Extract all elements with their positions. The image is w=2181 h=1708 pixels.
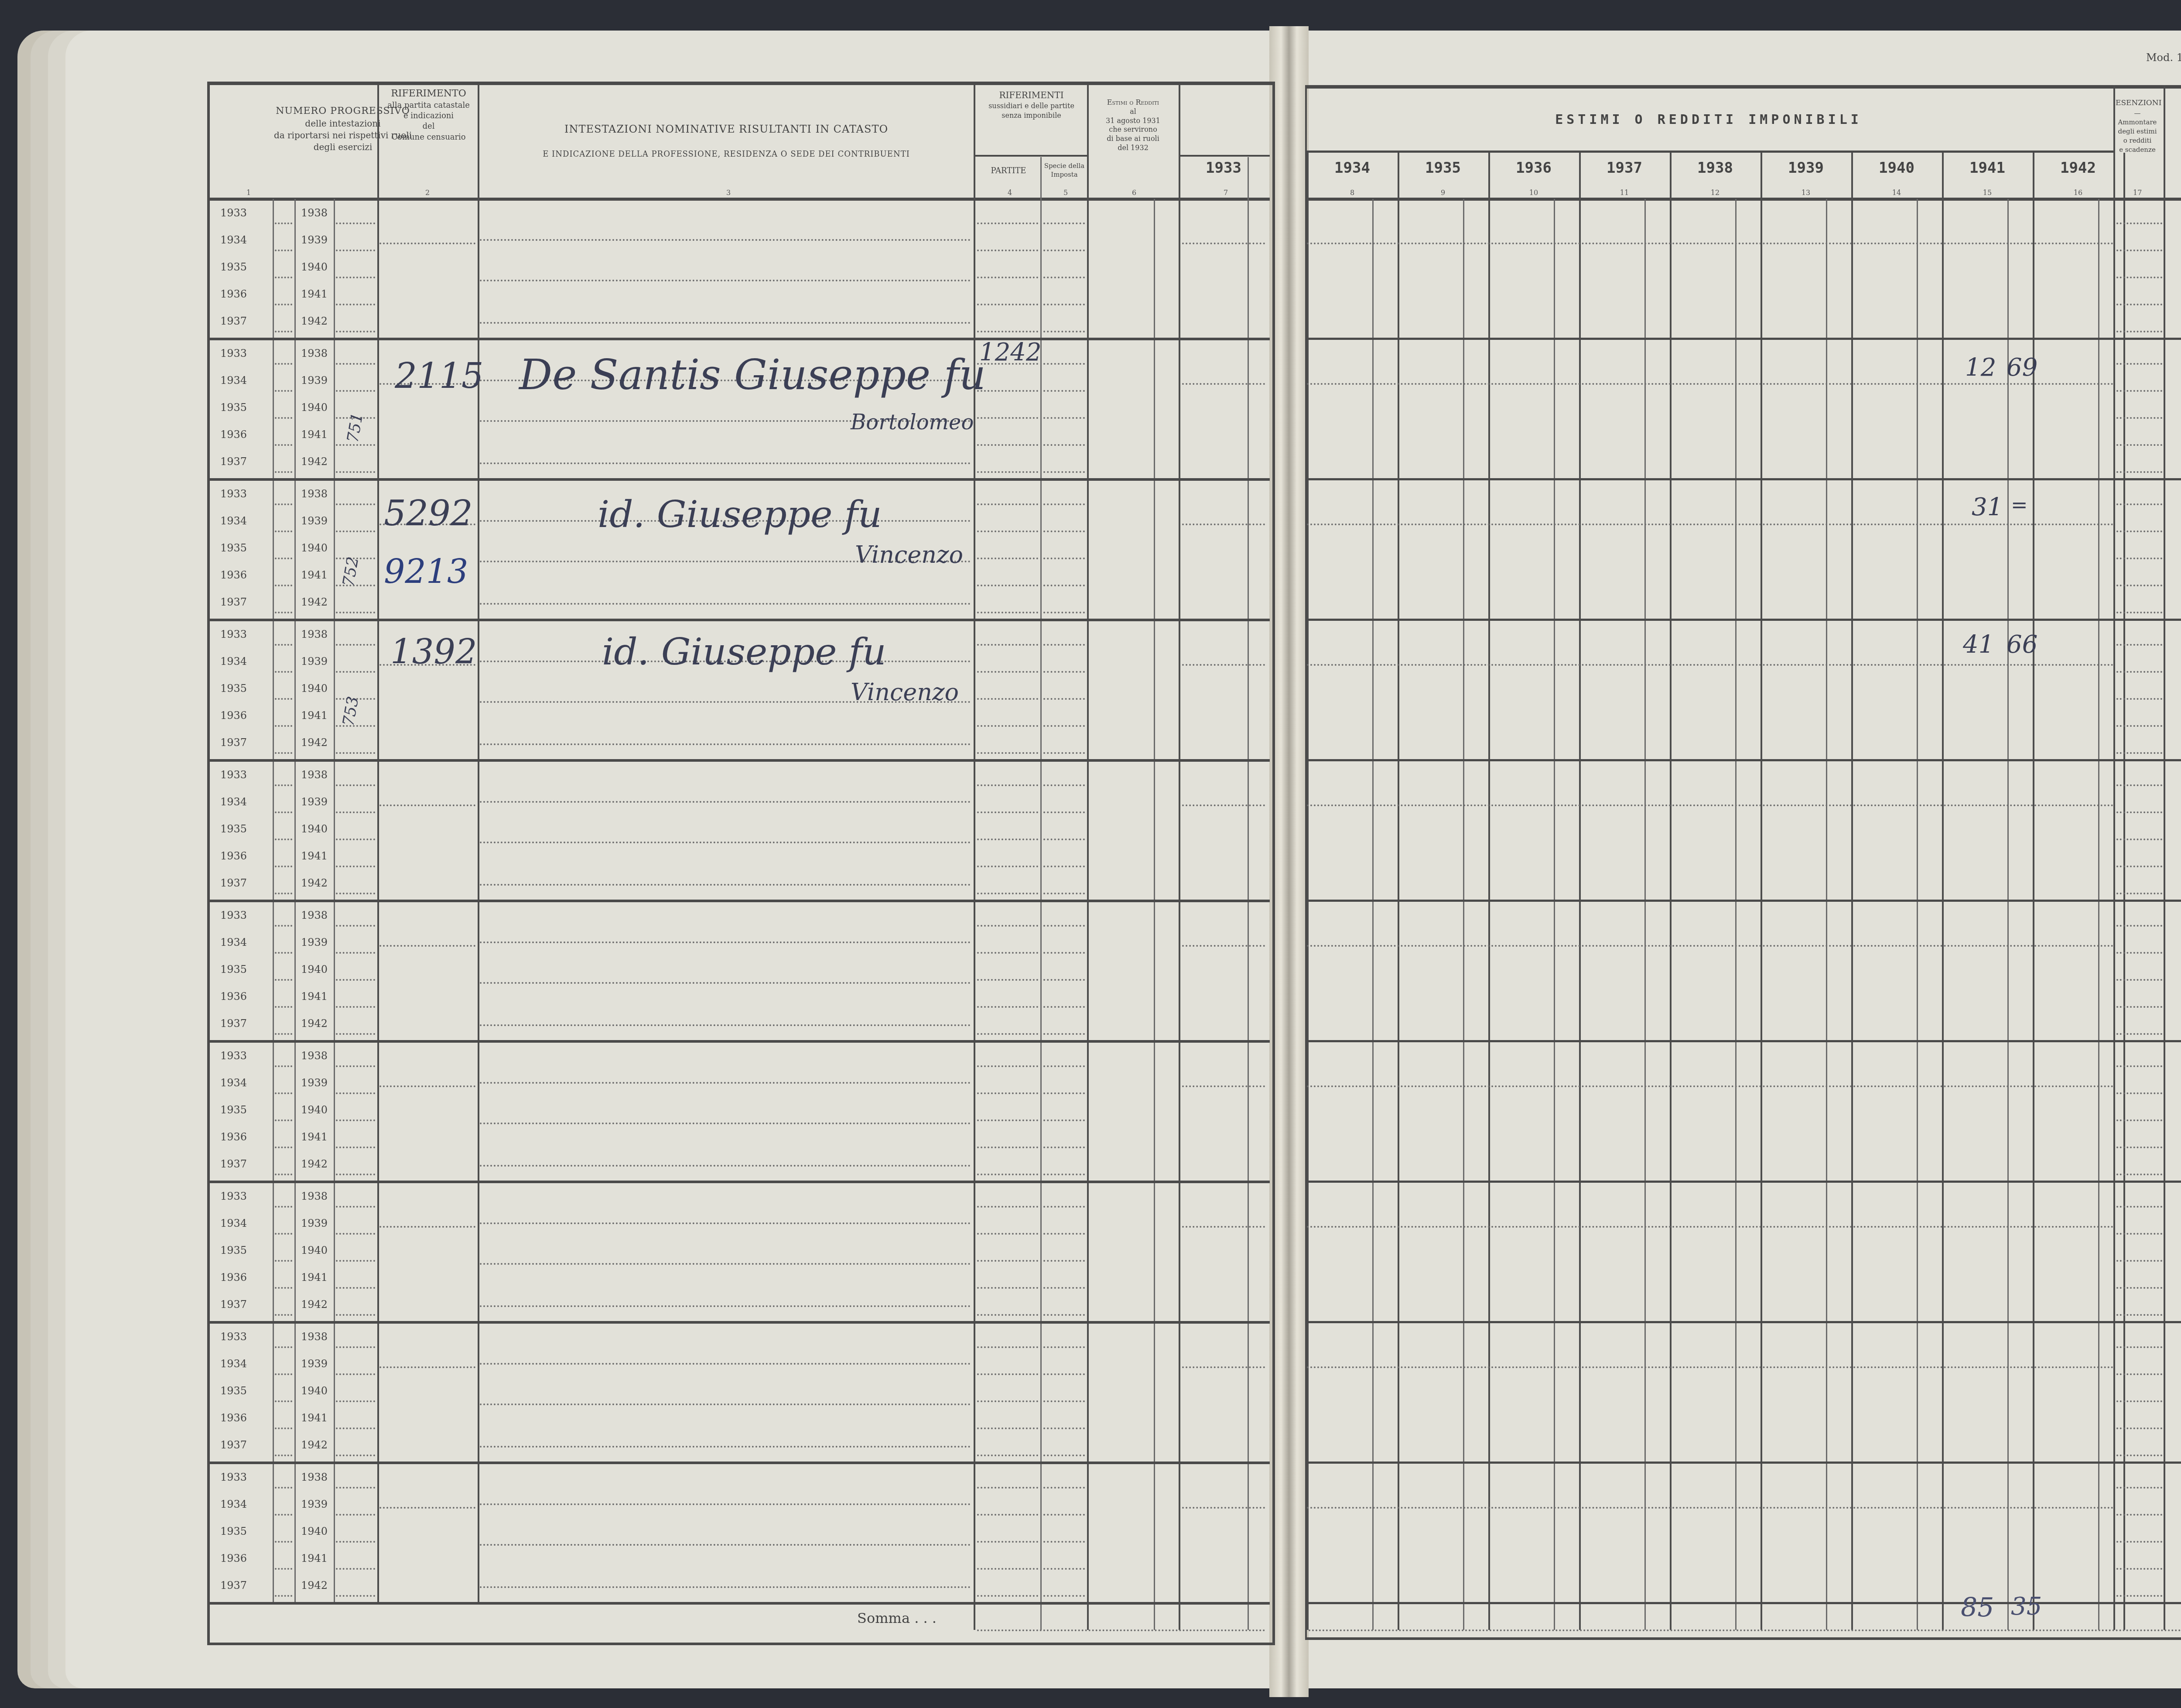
header-line: che servirono: [1088, 125, 1178, 134]
entry-partite-sussidiarie[interactable]: 1242: [979, 338, 1042, 366]
dotted-rule: [275, 1314, 292, 1316]
total-1941-cents[interactable]: 35: [2011, 1592, 2042, 1621]
year-label: 1933: [220, 769, 247, 781]
year-label: 1938: [301, 1190, 328, 1202]
dotted-rule: [336, 784, 375, 786]
header-subrule: [1180, 155, 1270, 157]
year-header-1940: 1940: [1851, 159, 1942, 177]
dotted-rule: [275, 952, 292, 954]
year-label: 1941: [301, 1552, 328, 1564]
dotted-rule: [379, 945, 475, 947]
column-number: 11: [1579, 188, 1670, 197]
year-label: 1935: [220, 261, 247, 273]
dotted-rule: [336, 250, 375, 251]
dotted-rule: [977, 866, 1038, 867]
column-number: 4: [1005, 188, 1014, 197]
dotted-rule: [480, 603, 971, 605]
dotted-rule: [2116, 1427, 2162, 1429]
cents-divider: [1248, 157, 1249, 1630]
dotted-rule: [977, 1065, 1038, 1067]
year-column-divider: [1942, 153, 1944, 1630]
dotted-rule: [480, 1082, 971, 1084]
dotted-rule: [2116, 698, 2162, 700]
dotted-rule: [977, 1033, 1038, 1035]
dotted-rule: [1043, 752, 1085, 754]
year-column-divider: [1670, 153, 1672, 1630]
entry-name[interactable]: id. Giuseppe fu: [598, 493, 882, 536]
block-rule: [1307, 1321, 2181, 1323]
dotted-rule: [275, 784, 292, 786]
dotted-rule: [1043, 866, 1085, 867]
dotted-rule: [977, 1287, 1038, 1289]
entry-name-line2[interactable]: Vincenzo: [855, 541, 963, 568]
column-number: 14: [1851, 188, 1942, 197]
dotted-rule: [1043, 1427, 1085, 1429]
dotted-rule: [2116, 925, 2162, 927]
dotted-rule: [1182, 1226, 1265, 1228]
dotted-rule: [2116, 585, 2162, 586]
dotted-rule: [1043, 1287, 1085, 1289]
cents-divider: [1372, 199, 1374, 1630]
dotted-rule: [1182, 383, 1265, 385]
dotted-rule: [275, 752, 292, 754]
dotted-rule: [1307, 243, 2114, 244]
year-label: 1939: [301, 234, 328, 246]
block-rule: [210, 1602, 1270, 1605]
year-label: 1941: [301, 850, 328, 862]
dotted-rule: [977, 331, 1038, 332]
dotted-rule: [977, 1595, 1038, 1597]
dotted-rule: [1043, 417, 1085, 419]
year-label: 1940: [301, 823, 328, 835]
dotted-rule: [977, 1006, 1038, 1008]
dotted-rule: [480, 1363, 971, 1365]
dotted-rule: [275, 531, 292, 532]
dotted-rule: [1043, 893, 1085, 894]
year-label: 1938: [301, 347, 328, 359]
year-label: 1939: [301, 796, 328, 808]
year-header-1941: 1941: [1942, 159, 2033, 177]
entry-name-line2[interactable]: Vincenzo: [851, 678, 959, 706]
header-line: e indicazioni: [379, 111, 478, 121]
year-label: 1939: [301, 655, 328, 667]
block-rule: [210, 619, 1270, 621]
year-label: 1939: [301, 1498, 328, 1510]
dotted-rule: [2116, 417, 2162, 419]
dotted-rule: [1043, 1092, 1085, 1094]
block-rule: [1307, 338, 2181, 340]
dotted-rule: [336, 839, 375, 840]
header-line: 31 agosto 1931: [1088, 116, 1178, 126]
dotted-rule: [1043, 531, 1085, 532]
dotted-rule: [977, 277, 1038, 278]
header-line: Ammontare: [2116, 118, 2159, 127]
dotted-rule: [336, 1487, 375, 1489]
dotted-rule: [1043, 390, 1085, 392]
year-label: 1940: [301, 542, 328, 554]
dotted-rule: [1043, 585, 1085, 586]
dotted-rule: [977, 979, 1038, 981]
dotted-rule: [1043, 1119, 1085, 1121]
dotted-rule: [275, 866, 292, 867]
year-label: 1942: [301, 1158, 328, 1170]
dotted-rule: [977, 952, 1038, 954]
year-label: 1942: [301, 736, 328, 749]
dotted-rule: [275, 893, 292, 894]
dotted-rule: [275, 979, 292, 981]
entry-partita[interactable]: 1392: [390, 633, 477, 672]
entry-value-1941[interactable]: 41: [1963, 630, 1994, 659]
year-label: 1941: [301, 288, 328, 300]
dotted-rule: [2116, 1541, 2162, 1543]
year-label: 1933: [220, 488, 247, 500]
dotted-rule: [1043, 1595, 1085, 1597]
dotted-rule: [275, 1147, 292, 1148]
column-divider: [974, 85, 975, 1630]
dotted-rule: [1043, 811, 1085, 813]
dotted-rule: [1182, 1366, 1265, 1368]
dotted-rule: [275, 1455, 292, 1456]
dotted-rule: [977, 503, 1038, 505]
header-subtitle: E INDICAZIONE DELLA PROFESSIONE, RESIDEN…: [480, 149, 973, 160]
block-rule: [210, 1462, 1270, 1464]
dotted-rule: [977, 671, 1038, 673]
entry-name[interactable]: id. Giuseppe fu: [602, 630, 886, 674]
year-label: 1933: [220, 1331, 247, 1343]
dotted-rule: [336, 531, 375, 532]
entry-name[interactable]: De Santis Giuseppe fu: [519, 351, 986, 399]
dotted-rule: [275, 585, 292, 586]
year-label: 1938: [301, 769, 328, 781]
header-line: del 1932: [1088, 144, 1178, 153]
entry-value-1941-cents[interactable]: 66: [2007, 630, 2037, 659]
dotted-rule: [480, 982, 971, 984]
year-label: 1937: [220, 1579, 247, 1592]
dotted-rule: [977, 1487, 1038, 1489]
dotted-rule: [2116, 811, 2162, 813]
year-label: 1934: [220, 655, 247, 667]
dotted-rule: [336, 1400, 375, 1402]
cents-divider: [2007, 199, 2009, 1630]
dotted-rule: [1043, 1514, 1085, 1516]
dotted-rule: [336, 444, 375, 446]
dotted-rule: [977, 1455, 1038, 1456]
dotted-rule: [275, 698, 292, 700]
dotted-rule: [2116, 471, 2162, 473]
year-label: 1933: [220, 347, 247, 359]
dotted-rule: [1043, 1346, 1085, 1348]
dotted-rule: [275, 1065, 292, 1067]
year-label: 1933: [220, 1190, 247, 1202]
year-label: 1937: [220, 736, 247, 749]
dotted-rule: [275, 1595, 292, 1597]
left-register-table: [207, 82, 1275, 1645]
year-label: 1936: [220, 1412, 247, 1424]
year-label: 1936: [220, 1552, 247, 1564]
year-header-1936: 1936: [1488, 159, 1579, 177]
column-number: 6: [1130, 188, 1138, 197]
year-label: 1933: [220, 207, 247, 219]
year-label: 1938: [301, 488, 328, 500]
dotted-rule: [1043, 1147, 1085, 1148]
cents-divider: [1917, 199, 1918, 1630]
dotted-rule: [1043, 277, 1085, 278]
dotted-rule: [275, 222, 292, 224]
year-label: 1939: [301, 1358, 328, 1370]
dotted-rule: [275, 250, 292, 251]
dotted-rule: [275, 1092, 292, 1094]
entry-value-1941-cents[interactable]: =: [2011, 493, 2028, 517]
dotted-rule: [1043, 363, 1085, 365]
dotted-rule: [2116, 671, 2162, 673]
dotted-rule: [336, 503, 375, 505]
dotted-rule: [977, 1314, 1038, 1316]
dotted-rule: [275, 277, 292, 278]
dotted-rule: [977, 612, 1038, 613]
dotted-rule: [275, 1541, 292, 1543]
entry-partita[interactable]: 2115: [395, 356, 484, 396]
block-rule: [1307, 1462, 2181, 1464]
year-column-divider: [1851, 153, 1853, 1630]
year-label: 1934: [220, 1077, 247, 1089]
column-divider: [478, 85, 479, 1604]
dotted-rule: [336, 1006, 375, 1008]
year-label: 1934: [220, 936, 247, 948]
dotted-rule: [336, 1174, 375, 1175]
dotted-rule: [977, 893, 1038, 894]
header-riferimento: RIFERIMENTO alla partita catastale e ind…: [379, 87, 478, 196]
year-label: 1939: [301, 515, 328, 527]
year-label: 1938: [301, 628, 328, 640]
dotted-rule: [1043, 784, 1085, 786]
dotted-rule: [336, 390, 375, 392]
dotted-rule: [1043, 644, 1085, 646]
cents-divider: [2098, 199, 2099, 1630]
dotted-rule: [275, 1373, 292, 1375]
dotted-rule: [1307, 664, 2114, 666]
year-label: 1933: [220, 1471, 247, 1483]
dotted-rule: [2116, 363, 2162, 365]
dotted-rule: [275, 558, 292, 559]
header-line: del: [379, 121, 478, 132]
dotted-rule: [2116, 1092, 2162, 1094]
year-label: 1935: [220, 1104, 247, 1116]
header-bottom-rule: [210, 198, 1270, 201]
dotted-rule: [977, 784, 1038, 786]
cents-divider: [1644, 199, 1646, 1630]
dotted-rule: [977, 1346, 1038, 1348]
dotted-rule: [379, 804, 475, 806]
dotted-rule: [2116, 558, 2162, 559]
header-line: degli estimi: [2116, 127, 2159, 136]
dotted-rule: [1307, 383, 2114, 385]
dotted-rule: [480, 1446, 971, 1448]
header-estimi-1931: Estimi o Redditi al 31 agosto 1931 che s…: [1088, 98, 1178, 153]
entry-value-1941[interactable]: 31: [1972, 493, 2003, 521]
year-column-divider: [1398, 153, 1399, 1630]
dotted-rule: [379, 243, 475, 244]
block-rule: [1307, 900, 2181, 902]
year-header-1942: 1942: [2033, 159, 2123, 177]
entry-partita-correction[interactable]: 9213: [384, 552, 468, 591]
total-1941[interactable]: 85: [1961, 1592, 1994, 1623]
entry-partita[interactable]: 5292: [384, 493, 473, 534]
column-number: 7: [1221, 188, 1230, 197]
year-label: 1937: [220, 877, 247, 889]
dotted-rule: [977, 1400, 1038, 1402]
dotted-rule: [336, 1595, 375, 1597]
dotted-rule: [1043, 1174, 1085, 1175]
dotted-rule: [977, 558, 1038, 559]
dotted-rule: [336, 1568, 375, 1570]
block-rule: [210, 900, 1270, 902]
block-rule: [1307, 1181, 2181, 1183]
dotted-rule: [336, 1541, 375, 1543]
dotted-rule: [336, 1373, 375, 1375]
dotted-rule: [336, 1033, 375, 1035]
column-number: 3: [724, 188, 733, 197]
dotted-rule: [1043, 979, 1085, 981]
dotted-rule: [336, 811, 375, 813]
year-label: 1934: [220, 234, 247, 246]
dotted-rule: [1182, 524, 1265, 525]
dotted-rule: [2116, 866, 2162, 867]
dotted-rule: [1043, 725, 1085, 727]
entry-value-1941[interactable]: 12: [1965, 353, 1996, 382]
dotted-rule: [336, 304, 375, 305]
year-label: 1942: [301, 596, 328, 608]
year-label: 1935: [220, 1244, 247, 1256]
dotted-rule: [2116, 612, 2162, 613]
dotted-rule: [1043, 444, 1085, 446]
dotted-rule: [275, 444, 292, 446]
header-estimi-imponibili: ESTIMI O REDDITI IMPONIBILI: [1305, 111, 2112, 129]
year-label: 1942: [301, 1439, 328, 1451]
year-label: 1936: [220, 1131, 247, 1143]
header-subrule: [975, 155, 1087, 157]
entry-name-line2[interactable]: Bortolomeo: [851, 410, 974, 435]
dotted-rule: [275, 925, 292, 927]
column-number: 17: [2133, 188, 2142, 197]
year-label: 1934: [220, 1217, 247, 1229]
dotted-rule: [2116, 531, 2162, 532]
dotted-rule: [480, 1503, 971, 1505]
dotted-rule: [480, 1403, 971, 1405]
year-label: 1936: [220, 850, 247, 862]
block-rule: [210, 478, 1270, 481]
year-label: 1936: [220, 428, 247, 441]
dotted-rule: [1043, 222, 1085, 224]
dotted-rule: [336, 1346, 375, 1348]
dotted-rule: [2116, 784, 2162, 786]
year-label: 1935: [220, 1525, 247, 1537]
header-line: alla partita catastale: [379, 100, 478, 111]
dotted-rule: [2116, 503, 2162, 505]
dotted-rule: [2116, 644, 2162, 646]
year-label: 1934: [220, 1498, 247, 1510]
dotted-rule: [336, 1092, 375, 1094]
dotted-rule: [2116, 752, 2162, 754]
year-label: 1942: [301, 315, 328, 327]
dotted-rule: [1043, 304, 1085, 305]
dotted-rule: [275, 1346, 292, 1348]
year-label: 1940: [301, 401, 328, 414]
dotted-rule: [1307, 524, 2114, 525]
dotted-rule: [275, 1206, 292, 1208]
year-label: 1941: [301, 709, 328, 722]
block-rule: [210, 1321, 1270, 1324]
year-label: 1941: [301, 569, 328, 581]
dotted-rule: [480, 801, 971, 803]
dotted-rule: [275, 1427, 292, 1429]
block-rule: [210, 338, 1270, 340]
year-label: 1935: [220, 542, 247, 554]
year-label: 1933: [220, 628, 247, 640]
column-divider: [2164, 85, 2165, 1630]
dotted-rule: [336, 612, 375, 613]
year-label: 1935: [220, 963, 247, 976]
year-label: 1941: [301, 1271, 328, 1284]
dotted-rule: [336, 1287, 375, 1289]
somma-label: Somma . . .: [857, 1610, 937, 1626]
dotted-rule: [2116, 893, 2162, 894]
year-label: 1936: [220, 1271, 247, 1284]
column-divider: [1040, 157, 1042, 1630]
dotted-rule: [480, 1586, 971, 1588]
dotted-rule: [977, 1260, 1038, 1262]
dotted-rule: [275, 363, 292, 365]
right-register-table: [1305, 85, 2181, 1640]
dotted-rule: [275, 1260, 292, 1262]
dotted-rule: [275, 1006, 292, 1008]
year-label: 1933: [220, 1050, 247, 1062]
dotted-rule: [2116, 1260, 2162, 1262]
entry-value-1941-cents[interactable]: 69: [2007, 353, 2037, 382]
column-number: 1: [244, 188, 253, 197]
dotted-rule: [1309, 1629, 2181, 1631]
dotted-rule: [336, 952, 375, 954]
dotted-rule: [977, 811, 1038, 813]
dotted-rule: [480, 884, 971, 886]
year-header-1938: 1938: [1670, 159, 1761, 177]
dotted-rule: [275, 612, 292, 613]
dotted-rule: [977, 1233, 1038, 1235]
dotted-rule: [1043, 1568, 1085, 1570]
dotted-rule: [275, 644, 292, 646]
dotted-rule: [2116, 444, 2162, 446]
year-label: 1941: [301, 990, 328, 1003]
dotted-rule: [336, 866, 375, 867]
dotted-rule: [275, 1287, 292, 1289]
header-title: INTESTAZIONI NOMINATIVE RISULTANTI IN CA…: [480, 122, 973, 136]
dotted-rule: [977, 1119, 1038, 1121]
dotted-rule: [275, 671, 292, 673]
header-line: al: [1088, 107, 1178, 116]
dotted-rule: [336, 1427, 375, 1429]
year-label: 1939: [301, 374, 328, 387]
block-rule: [1307, 619, 2181, 621]
dotted-rule: [480, 1263, 971, 1265]
header-line: e scadenze: [2116, 145, 2159, 154]
block-rule: [210, 1181, 1270, 1183]
dotted-rule: [2116, 1119, 2162, 1121]
dotted-rule: [2116, 222, 2162, 224]
dotted-rule: [977, 1541, 1038, 1543]
dotted-rule: [977, 444, 1038, 446]
dotted-rule: [336, 1233, 375, 1235]
dotted-rule: [379, 1507, 475, 1509]
dotted-rule: [275, 471, 292, 473]
